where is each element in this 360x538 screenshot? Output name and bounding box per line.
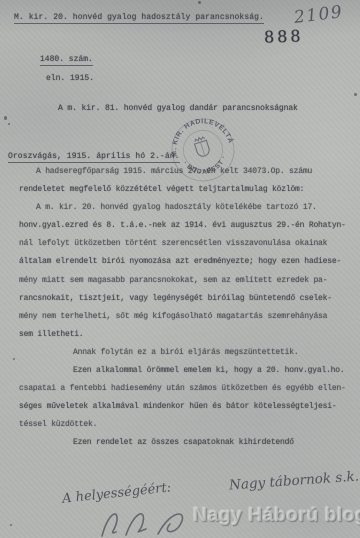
blog-watermark: Nagy Háború blog <box>193 504 360 527</box>
file-reference: eln. 1915. <box>46 74 94 83</box>
body-text: A hadseregfőparság 1915. március 27.-én … <box>19 163 354 453</box>
stamp-coat-of-arms-icon <box>193 136 211 158</box>
paper-speck <box>4 116 7 120</box>
body-line: nál lefolyt ütközetben történt szerencsé… <box>19 235 354 253</box>
body-line: csapatai a fentebbi hadiesemény után szá… <box>19 380 354 398</box>
body-line: mény nem terhelheti, sőt még kifogásolha… <box>19 308 354 326</box>
body-line: Ezen alkalommal örömmel emelem ki, hogy … <box>19 362 354 380</box>
paper-speck <box>10 524 12 526</box>
body-line: mény miatt sem magasabb parancsnokokat, … <box>19 272 354 290</box>
general-signature: Nagy tábornok s.k. <box>229 468 360 493</box>
paper-speck <box>8 123 10 125</box>
unit-header: M. kir. 20. honvéd gyalog hadosztály par… <box>14 13 264 24</box>
paper-speck <box>198 1 201 4</box>
body-line: séges műveletek alkalmával mindenkor hűe… <box>19 398 354 416</box>
addressee-line: A m. kir. 81. honvéd gyalog dandár paran… <box>58 104 298 113</box>
dateline: Oroszvágás, 1915. április hó 2.-án. <box>8 152 180 163</box>
body-line: Annak folytán ez a birói eljárás megszün… <box>19 344 354 362</box>
file-number: 1480. szám. <box>40 55 93 66</box>
body-line: A m. kir. 20. honvéd gyalog hadosztály k… <box>19 199 354 217</box>
body-line: sem illetheti. <box>19 326 354 344</box>
body-line: A hadseregfőparság 1915. március 27.-én … <box>19 163 354 181</box>
paper-speck <box>13 358 15 360</box>
body-line: téssel küzdöttek. <box>19 416 354 434</box>
body-line: rendeletet megfelelő közzététel végett t… <box>19 181 354 199</box>
handwritten-registry-number: 2109 <box>293 2 344 28</box>
paper-speck <box>354 93 357 96</box>
stamped-number: 888 <box>264 26 304 46</box>
scanned-document: M. kir. 20. honvéd gyalog hadosztály par… <box>0 0 360 538</box>
body-line: Ezen rendelet az összes csapatoknak kihi… <box>19 434 354 452</box>
body-line: általam elrendelt birói nyomozása azt er… <box>19 253 354 271</box>
body-line: honv.gyal.ezred és 8. t.á.e.-nek az 1914… <box>19 217 354 235</box>
body-line: rancsnokait, tisztjeit, vagy legénységét… <box>19 290 354 308</box>
